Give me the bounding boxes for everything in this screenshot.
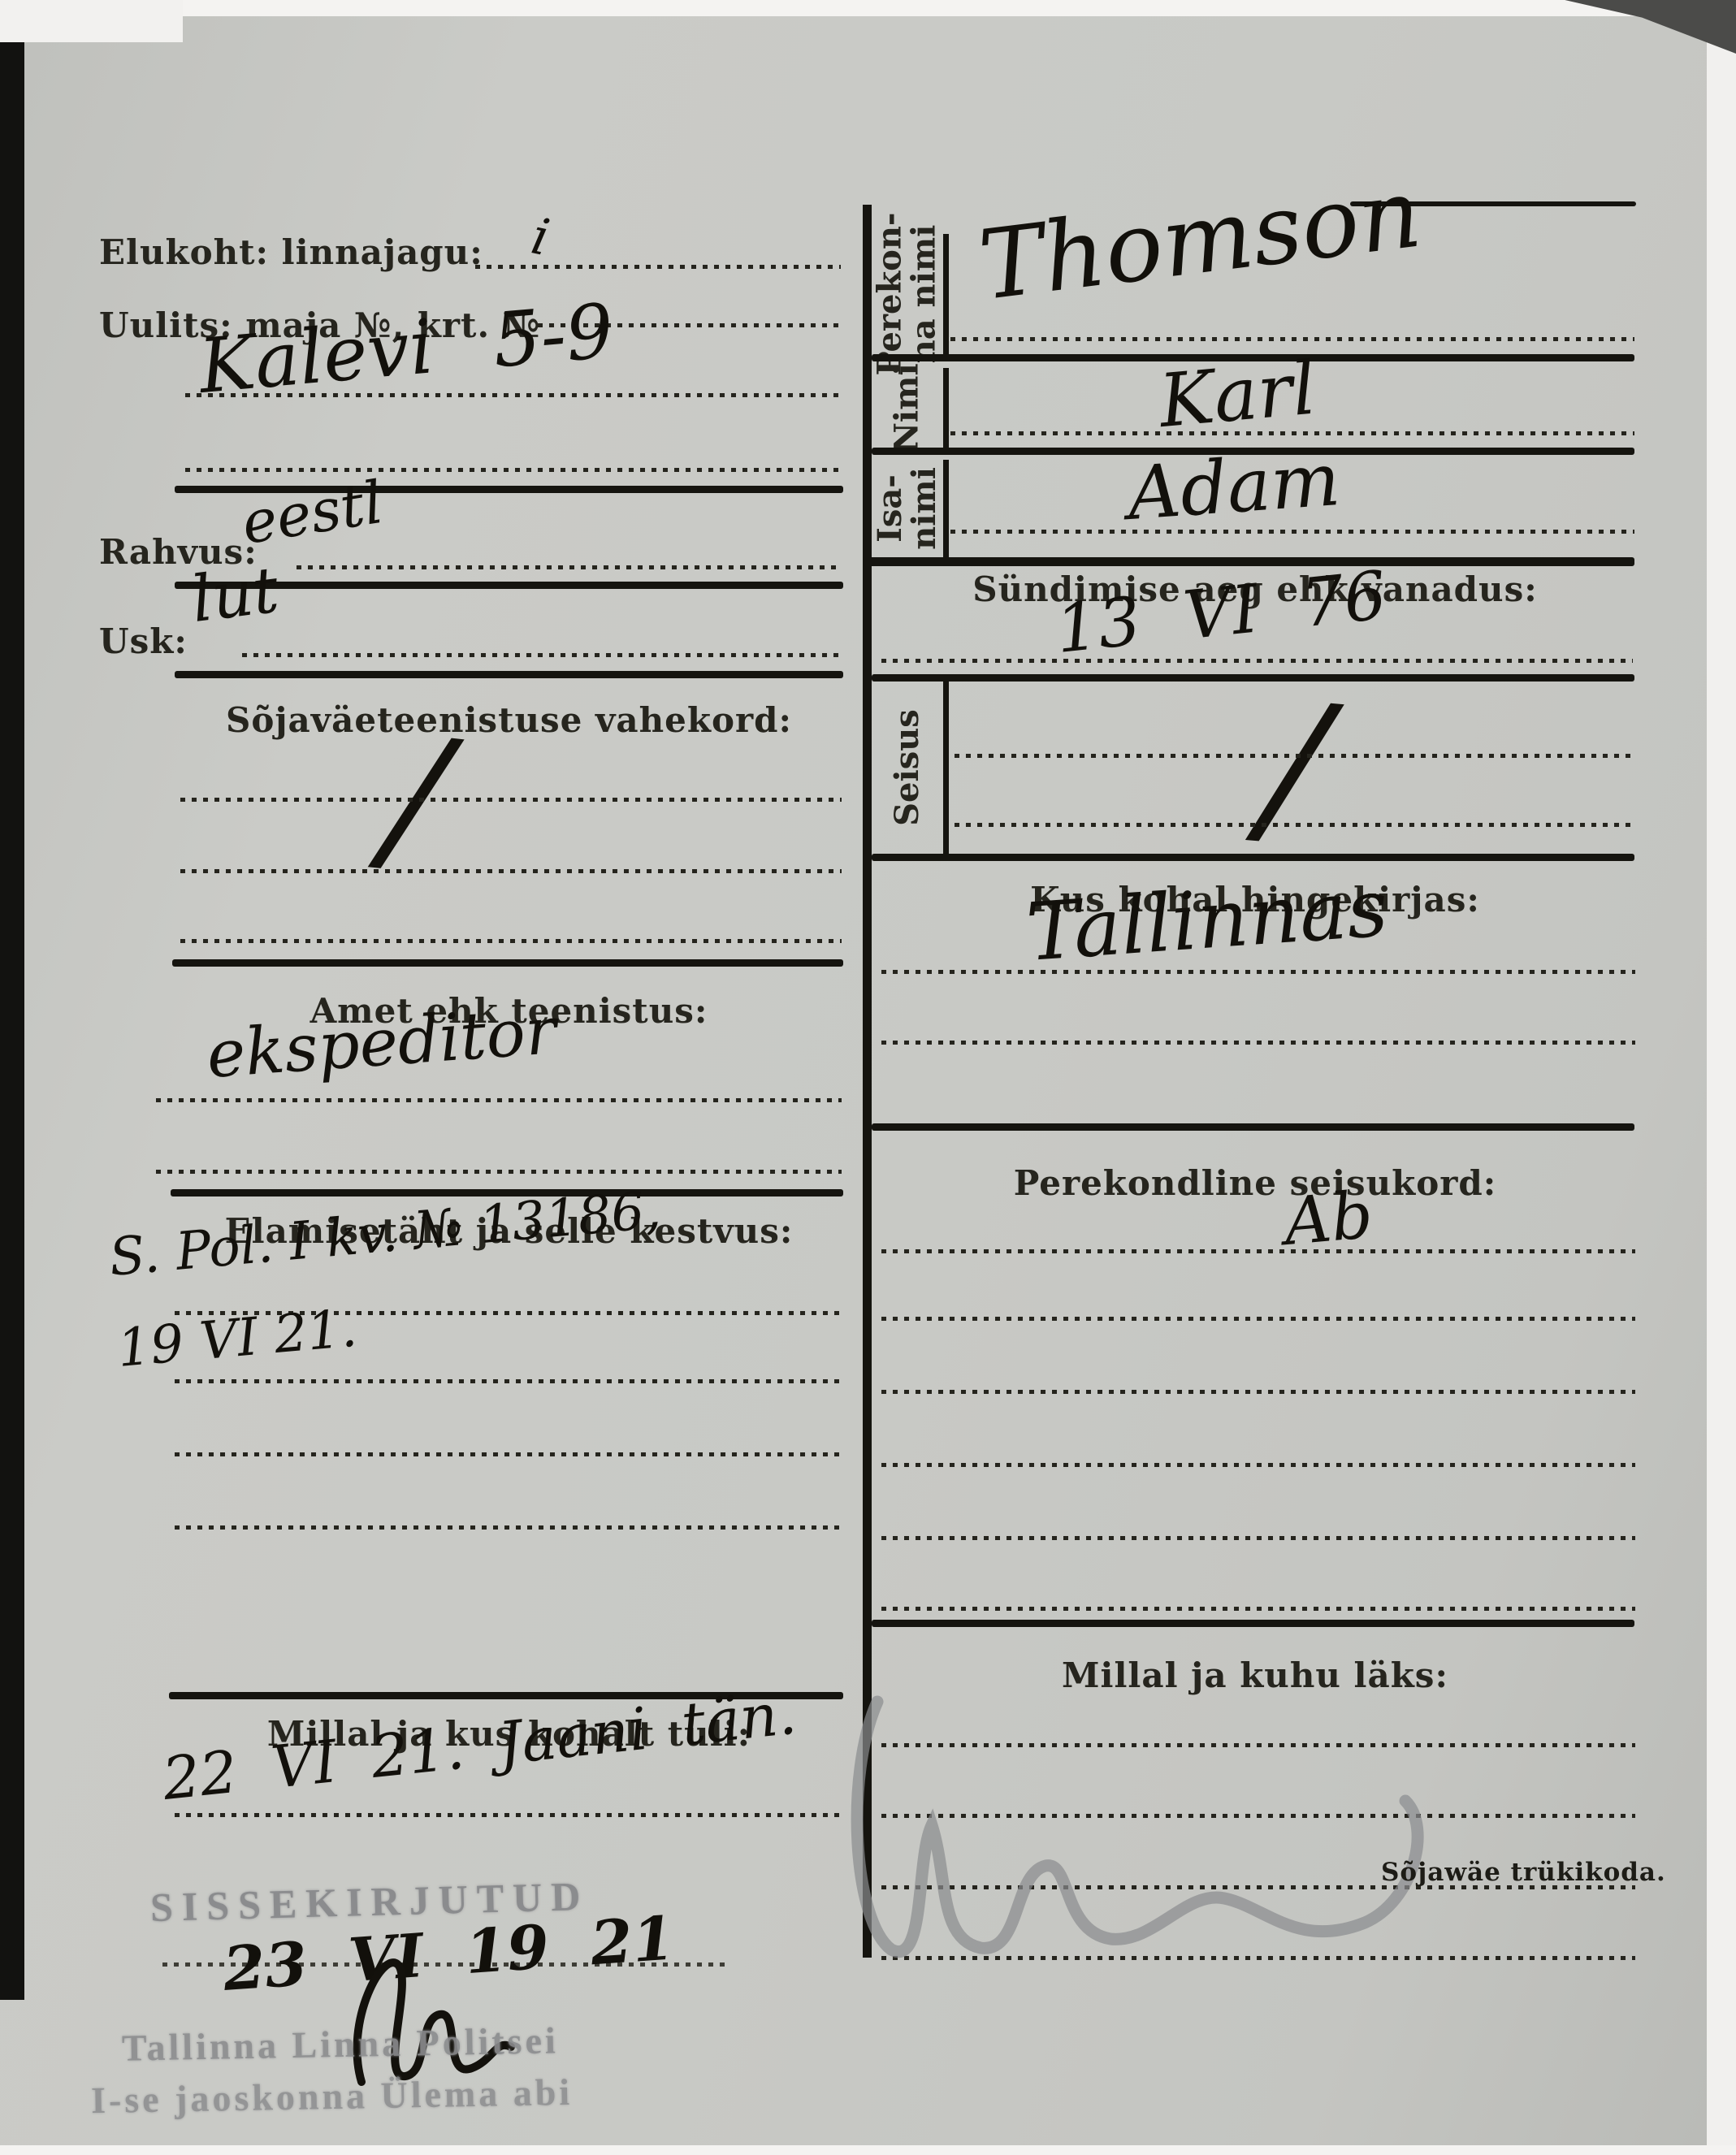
dotted-line — [242, 653, 842, 657]
rule-line — [172, 959, 843, 967]
dotted-line — [175, 1379, 842, 1383]
religion-value: lut — [188, 554, 283, 637]
dotted-line — [156, 1170, 842, 1174]
scan-edge-bottom — [0, 2145, 1736, 2155]
rule-line — [872, 854, 1634, 861]
dotted-line — [175, 1452, 842, 1456]
name-label-box: Nimi — [872, 368, 949, 448]
residence-district-label: Elukoht: linnajagu: — [99, 232, 483, 272]
dotted-line — [881, 1041, 1635, 1045]
rule-line — [872, 1620, 1634, 1627]
father-name-label-line2: nimi — [907, 467, 942, 550]
father-name-label-box: Isa- nimi — [872, 460, 949, 557]
name-label: Nimi — [890, 363, 924, 452]
registration-card-scan: Elukoht: linnajagu: i Uulits: maja №, kr… — [0, 0, 1736, 2155]
police-stamp-line2: I-se jaoskonna Ülema abi — [91, 2071, 574, 2122]
dotted-line — [881, 1536, 1635, 1540]
dotted-line — [175, 1525, 842, 1530]
military-service-label: Sõjaväeteenistuse vahekord: — [175, 700, 843, 740]
scan-corner-top-left — [0, 0, 183, 42]
dotted-line — [156, 1098, 842, 1102]
dotted-line — [950, 530, 1634, 534]
family-status-label: Perekondline seisukord: — [877, 1163, 1633, 1203]
police-stamp-line1: Tallinna Linna Politsei — [122, 2019, 560, 2069]
dotted-line — [475, 265, 841, 269]
status-label-box: Seisus — [872, 682, 949, 854]
pencil-signature — [841, 1677, 1556, 1978]
father-name-value: Adam — [1125, 437, 1343, 537]
film-edge-strip — [0, 42, 24, 2000]
scan-edge-right — [1707, 0, 1736, 2155]
father-name-label-line1: Isa- — [873, 467, 907, 550]
status-label: Seisus — [890, 709, 924, 826]
dotted-line — [881, 970, 1635, 974]
family-status-value: Ab — [1281, 1177, 1376, 1260]
dotted-line — [297, 565, 841, 569]
dotted-line — [950, 431, 1634, 435]
dotted-line — [881, 1607, 1635, 1611]
rule-line — [872, 674, 1634, 682]
dotted-line — [955, 754, 1633, 758]
dotted-line — [180, 798, 842, 802]
dotted-line — [185, 468, 842, 472]
dotted-line — [881, 659, 1633, 663]
religion-label: Usk: — [99, 621, 188, 661]
surname-label-line2: na nimi — [907, 212, 942, 375]
dotted-line — [180, 869, 842, 873]
dotted-line — [950, 337, 1634, 341]
dotted-line — [881, 1317, 1635, 1321]
rule-line — [175, 671, 843, 678]
dotted-line — [955, 823, 1633, 827]
surname-label-line1: Perekon- — [873, 212, 907, 375]
surname-label-box: Perekon- na nimi — [872, 234, 949, 354]
printer-credit: Sõjawäe trükikoda. — [1381, 1858, 1666, 1887]
rule-line — [872, 1123, 1634, 1131]
dotted-line — [185, 393, 842, 397]
dotted-line — [881, 1463, 1635, 1467]
scan-edge-top — [0, 0, 1736, 16]
dotted-line — [175, 1813, 842, 1817]
dotted-line — [881, 1249, 1635, 1253]
dotted-line — [881, 1390, 1635, 1394]
dotted-line — [180, 939, 842, 943]
name-value: Karl — [1156, 346, 1319, 444]
rule-line — [863, 557, 1634, 566]
